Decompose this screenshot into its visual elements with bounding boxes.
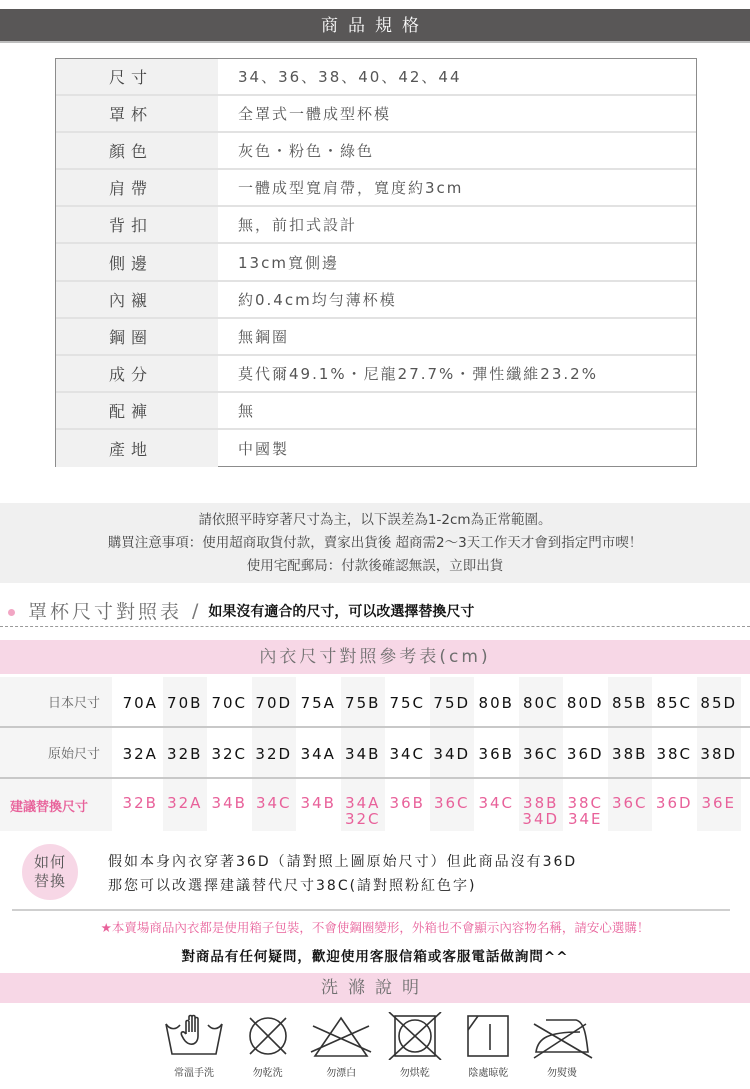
spec-value: 灰色・粉色・綠色: [218, 133, 696, 168]
size-value: 34B: [296, 795, 341, 811]
size-value: 34B: [207, 795, 252, 811]
size-value: 34B: [345, 745, 380, 763]
badge-line: 如何: [22, 853, 78, 872]
size-value: 32D: [255, 745, 292, 763]
size-value: 32C: [341, 811, 386, 827]
size-cells: 32A32B32C32D34A34B34C34D36B36C36D38B38C3…: [112, 728, 750, 777]
size-cells: 70A70B70C70D75A75B75C75D80B80C80D85B85C8…: [112, 677, 750, 726]
spec-key: 罩杯: [56, 96, 218, 131]
size-cell: 38B: [608, 728, 653, 777]
size-value: 85B: [612, 694, 647, 712]
spec-row: 鋼圈無鋼圈: [56, 319, 696, 356]
size-value: 85C: [656, 694, 692, 712]
size-cell: 75C: [385, 677, 430, 726]
spec-value: 全罩式一體成型杯模: [218, 96, 696, 131]
size-cell: 34C: [474, 779, 519, 831]
size-value: 32C: [211, 745, 247, 763]
size-cell: 32A: [163, 779, 208, 831]
spec-key: 肩帶: [56, 170, 218, 205]
spec-row: 內襯約0.4cm均勻薄杯模: [56, 282, 696, 319]
size-cell: 38C34E: [563, 779, 608, 831]
size-value: 32A: [123, 745, 158, 763]
size-cell: 36B: [474, 728, 519, 777]
size-value: 32B: [118, 795, 163, 811]
page-title: 商品規格: [0, 9, 750, 43]
size-cell: 36C: [430, 779, 475, 831]
size-value: 38D: [700, 745, 737, 763]
section-subtitle: 如果沒有適合的尺寸，可以改選擇替換尺寸: [208, 601, 474, 621]
size-value: 32A: [163, 795, 208, 811]
care-item: 勿烘乾: [379, 1012, 451, 1089]
spec-value: 約0.4cm均勻薄杯模: [218, 282, 696, 317]
size-value: 36D: [652, 795, 697, 811]
size-value: 34E: [563, 811, 608, 827]
spec-key: 顏色: [56, 133, 218, 168]
how-to-badge: 如何 替換: [22, 844, 78, 900]
size-value: 34A: [301, 745, 336, 763]
size-cell: 34A: [296, 728, 341, 777]
spec-row: 配褲無: [56, 393, 696, 430]
size-cell: 36B: [385, 779, 430, 831]
spec-key: 側邊: [56, 244, 218, 279]
spec-key: 背扣: [56, 207, 218, 242]
spec-value: 一體成型寬肩帶，寬度約3cm: [218, 170, 696, 205]
spec-row: 成分莫代爾49.1%・尼龍27.7%・彈性纖維23.2%: [56, 356, 696, 393]
size-cell: 38C: [652, 728, 697, 777]
spec-row: 肩帶一體成型寬肩帶，寬度約3cm: [56, 170, 696, 207]
size-cell: 80B: [474, 677, 519, 726]
size-value: 32B: [167, 745, 202, 763]
size-cell: 32B: [118, 779, 163, 831]
spec-row: 側邊13cm寬側邊: [56, 244, 696, 281]
shade-dry-icon: [456, 1012, 520, 1060]
size-value: 34D: [519, 811, 564, 827]
notice-line: 使用宅配郵局：付款後確認無誤，立即出貨: [0, 555, 750, 578]
size-value: 75B: [345, 694, 380, 712]
care-item: 陰處晾乾: [452, 1012, 524, 1089]
size-value: 34A: [341, 795, 386, 811]
care-title: 洗滌說明: [0, 973, 750, 1003]
size-cell: 34B: [207, 779, 252, 831]
size-cell: 36C: [608, 779, 653, 831]
size-cell: 85D: [697, 677, 742, 726]
size-cell: 80D: [563, 677, 608, 726]
size-value: 38C: [656, 745, 692, 763]
size-cell: 80C: [519, 677, 564, 726]
bullet-dot-icon: [8, 609, 15, 616]
size-value: 36B: [479, 745, 514, 763]
how-to-line: 假如本身內衣穿著36D（請對照上圖原始尺寸）但此商品沒有36D: [108, 850, 577, 874]
spec-row: 尺寸34、36、38、40、42、44: [56, 59, 696, 96]
care-item: 勿熨燙: [526, 1012, 598, 1089]
size-value: 38B: [612, 745, 647, 763]
size-row-japan: 日本尺寸 70A70B70C70D75A75B75C75D80B80C80D85…: [0, 677, 750, 728]
size-value: 34D: [433, 745, 470, 763]
size-value: 70D: [255, 694, 292, 712]
size-cell: 85C: [652, 677, 697, 726]
size-value: 36E: [697, 795, 742, 811]
size-cells: 32B32A34B34C34B34A32C36B36C34C38B34D38C3…: [112, 779, 750, 831]
row-label: 日本尺寸: [0, 677, 112, 726]
care-label: 勿乾洗: [253, 1064, 283, 1079]
spec-key: 內襯: [56, 282, 218, 317]
purchase-notice: 請依照平時穿著尺寸為主，以下誤差為1-2cm為正常範圍。 購買注意事項：使用超商…: [0, 503, 750, 583]
row-label: 建議替換尺寸: [0, 779, 112, 831]
spec-key: 配褲: [56, 393, 218, 428]
spec-row: 產地中國製: [56, 430, 696, 467]
size-value: 80C: [523, 694, 559, 712]
size-cell: 70A: [118, 677, 163, 726]
spec-value: 中國製: [218, 430, 696, 467]
size-value: 36C: [608, 795, 653, 811]
size-value: 85D: [700, 694, 737, 712]
care-item: 勿乾洗: [232, 1012, 304, 1089]
size-table-title: 內衣尺寸對照參考表(cm): [0, 640, 750, 674]
hand-wash-icon: [162, 1012, 226, 1060]
size-cell: 36E: [697, 779, 742, 831]
size-row-original: 原始尺寸 32A32B32C32D34A34B34C34D36B36C36D38…: [0, 728, 750, 779]
size-value: 34C: [474, 795, 519, 811]
care-label: 勿熨燙: [547, 1064, 577, 1079]
care-label: 勿漂白: [326, 1064, 356, 1079]
size-cell: 34C: [385, 728, 430, 777]
size-section-header: 罩杯尺寸對照表 / 如果沒有適合的尺寸，可以改選擇替換尺寸: [0, 595, 750, 627]
size-cell: 34A32C: [341, 779, 386, 831]
care-item: 勿漂白: [305, 1012, 377, 1089]
spec-key: 產地: [56, 430, 218, 467]
size-cell: 34D: [430, 728, 475, 777]
size-cell: 36D: [652, 779, 697, 831]
size-cell: 85B: [608, 677, 653, 726]
spec-value: 無，前扣式設計: [218, 207, 696, 242]
size-value: 36C: [430, 795, 475, 811]
size-value: 36D: [567, 745, 604, 763]
divider: [12, 909, 730, 911]
packaging-warning: ★本賣場商品內衣都是使用箱子包裝，不會使鋼圈變形，外箱也不會顯示內容物名稱，請安…: [0, 918, 750, 936]
size-cell: 36C: [519, 728, 564, 777]
spec-key: 成分: [56, 356, 218, 391]
size-value: 34C: [252, 795, 297, 811]
spec-row: 罩杯全罩式一體成型杯模: [56, 96, 696, 133]
size-cell: 38D: [697, 728, 742, 777]
spec-value: 無鋼圈: [218, 319, 696, 354]
size-cell: 75B: [341, 677, 386, 726]
size-value: 70B: [167, 694, 202, 712]
care-icons: 常溫手洗 勿乾洗 勿漂白 勿烘乾 陰處晾乾: [158, 1012, 598, 1089]
size-value: 80D: [567, 694, 604, 712]
size-cell: 32B: [163, 728, 208, 777]
size-cell: 75A: [296, 677, 341, 726]
size-cell: 32C: [207, 728, 252, 777]
title-separator: /: [192, 600, 198, 622]
size-value: 36B: [385, 795, 430, 811]
size-value: 36C: [523, 745, 559, 763]
how-to-line: 那您可以改選擇建議替代尺寸38C(請對照粉紅色字): [108, 874, 577, 898]
no-iron-icon: [530, 1012, 594, 1060]
row-label: 原始尺寸: [0, 728, 112, 777]
size-cell: 70C: [207, 677, 252, 726]
care-item: 常溫手洗: [158, 1012, 230, 1089]
size-value: 70C: [211, 694, 247, 712]
spec-row: 背扣無，前扣式設計: [56, 207, 696, 244]
size-value: 38C: [563, 795, 608, 811]
size-value: 75D: [433, 694, 470, 712]
spec-value: 無: [218, 393, 696, 428]
spec-table: 尺寸34、36、38、40、42、44 罩杯全罩式一體成型杯模 顏色灰色・粉色・…: [55, 58, 697, 467]
how-to-text: 假如本身內衣穿著36D（請對照上圖原始尺寸）但此商品沒有36D 那您可以改選擇建…: [108, 850, 577, 898]
care-label: 陰處晾乾: [468, 1064, 508, 1079]
size-cell: 70D: [252, 677, 297, 726]
spec-value: 13cm寬側邊: [218, 244, 696, 279]
care-label: 常溫手洗: [174, 1064, 214, 1079]
size-cell: 75D: [430, 677, 475, 726]
size-cell: 36D: [563, 728, 608, 777]
size-cell: 70B: [163, 677, 208, 726]
size-cell: 34B: [296, 779, 341, 831]
how-to-replace: 如何 替換 假如本身內衣穿著36D（請對照上圖原始尺寸）但此商品沒有36D 那您…: [22, 844, 722, 904]
size-value: 38B: [519, 795, 564, 811]
care-label: 勿烘乾: [400, 1064, 430, 1079]
size-cell: 32D: [252, 728, 297, 777]
size-value: 70A: [123, 694, 158, 712]
size-value: 75C: [389, 694, 425, 712]
size-cell: 34B: [341, 728, 386, 777]
spec-row: 顏色灰色・粉色・綠色: [56, 133, 696, 170]
size-value: 34C: [389, 745, 425, 763]
size-cell: 38B34D: [519, 779, 564, 831]
no-dry-clean-icon: [236, 1012, 300, 1060]
badge-line: 替換: [22, 872, 78, 891]
size-value: 75A: [301, 694, 336, 712]
no-bleach-icon: [309, 1012, 373, 1060]
spec-value: 34、36、38、40、42、44: [218, 59, 696, 94]
size-table: 日本尺寸 70A70B70C70D75A75B75C75D80B80C80D85…: [0, 677, 750, 831]
size-cell: 32A: [118, 728, 163, 777]
spec-value: 莫代爾49.1%・尼龍27.7%・彈性纖維23.2%: [218, 356, 696, 391]
notice-line: 請依照平時穿著尺寸為主，以下誤差為1-2cm為正常範圍。: [0, 509, 750, 532]
size-value: 80B: [479, 694, 514, 712]
section-title: 罩杯尺寸對照表: [28, 597, 182, 624]
spec-key: 鋼圈: [56, 319, 218, 354]
spec-key: 尺寸: [56, 59, 218, 94]
notice-line: 購買注意事項：使用超商取貨付款，賣家出貨後 超商需2～3天工作天才會到指定門市喫…: [0, 532, 750, 555]
faq-text: 對商品有任何疑問，歡迎使用客服信箱或客服電話做詢問^^: [0, 945, 750, 965]
size-cell: 34C: [252, 779, 297, 831]
no-tumble-dry-icon: [383, 1012, 447, 1060]
size-row-recommended: 建議替換尺寸 32B32A34B34C34B34A32C36B36C34C38B…: [0, 779, 750, 831]
